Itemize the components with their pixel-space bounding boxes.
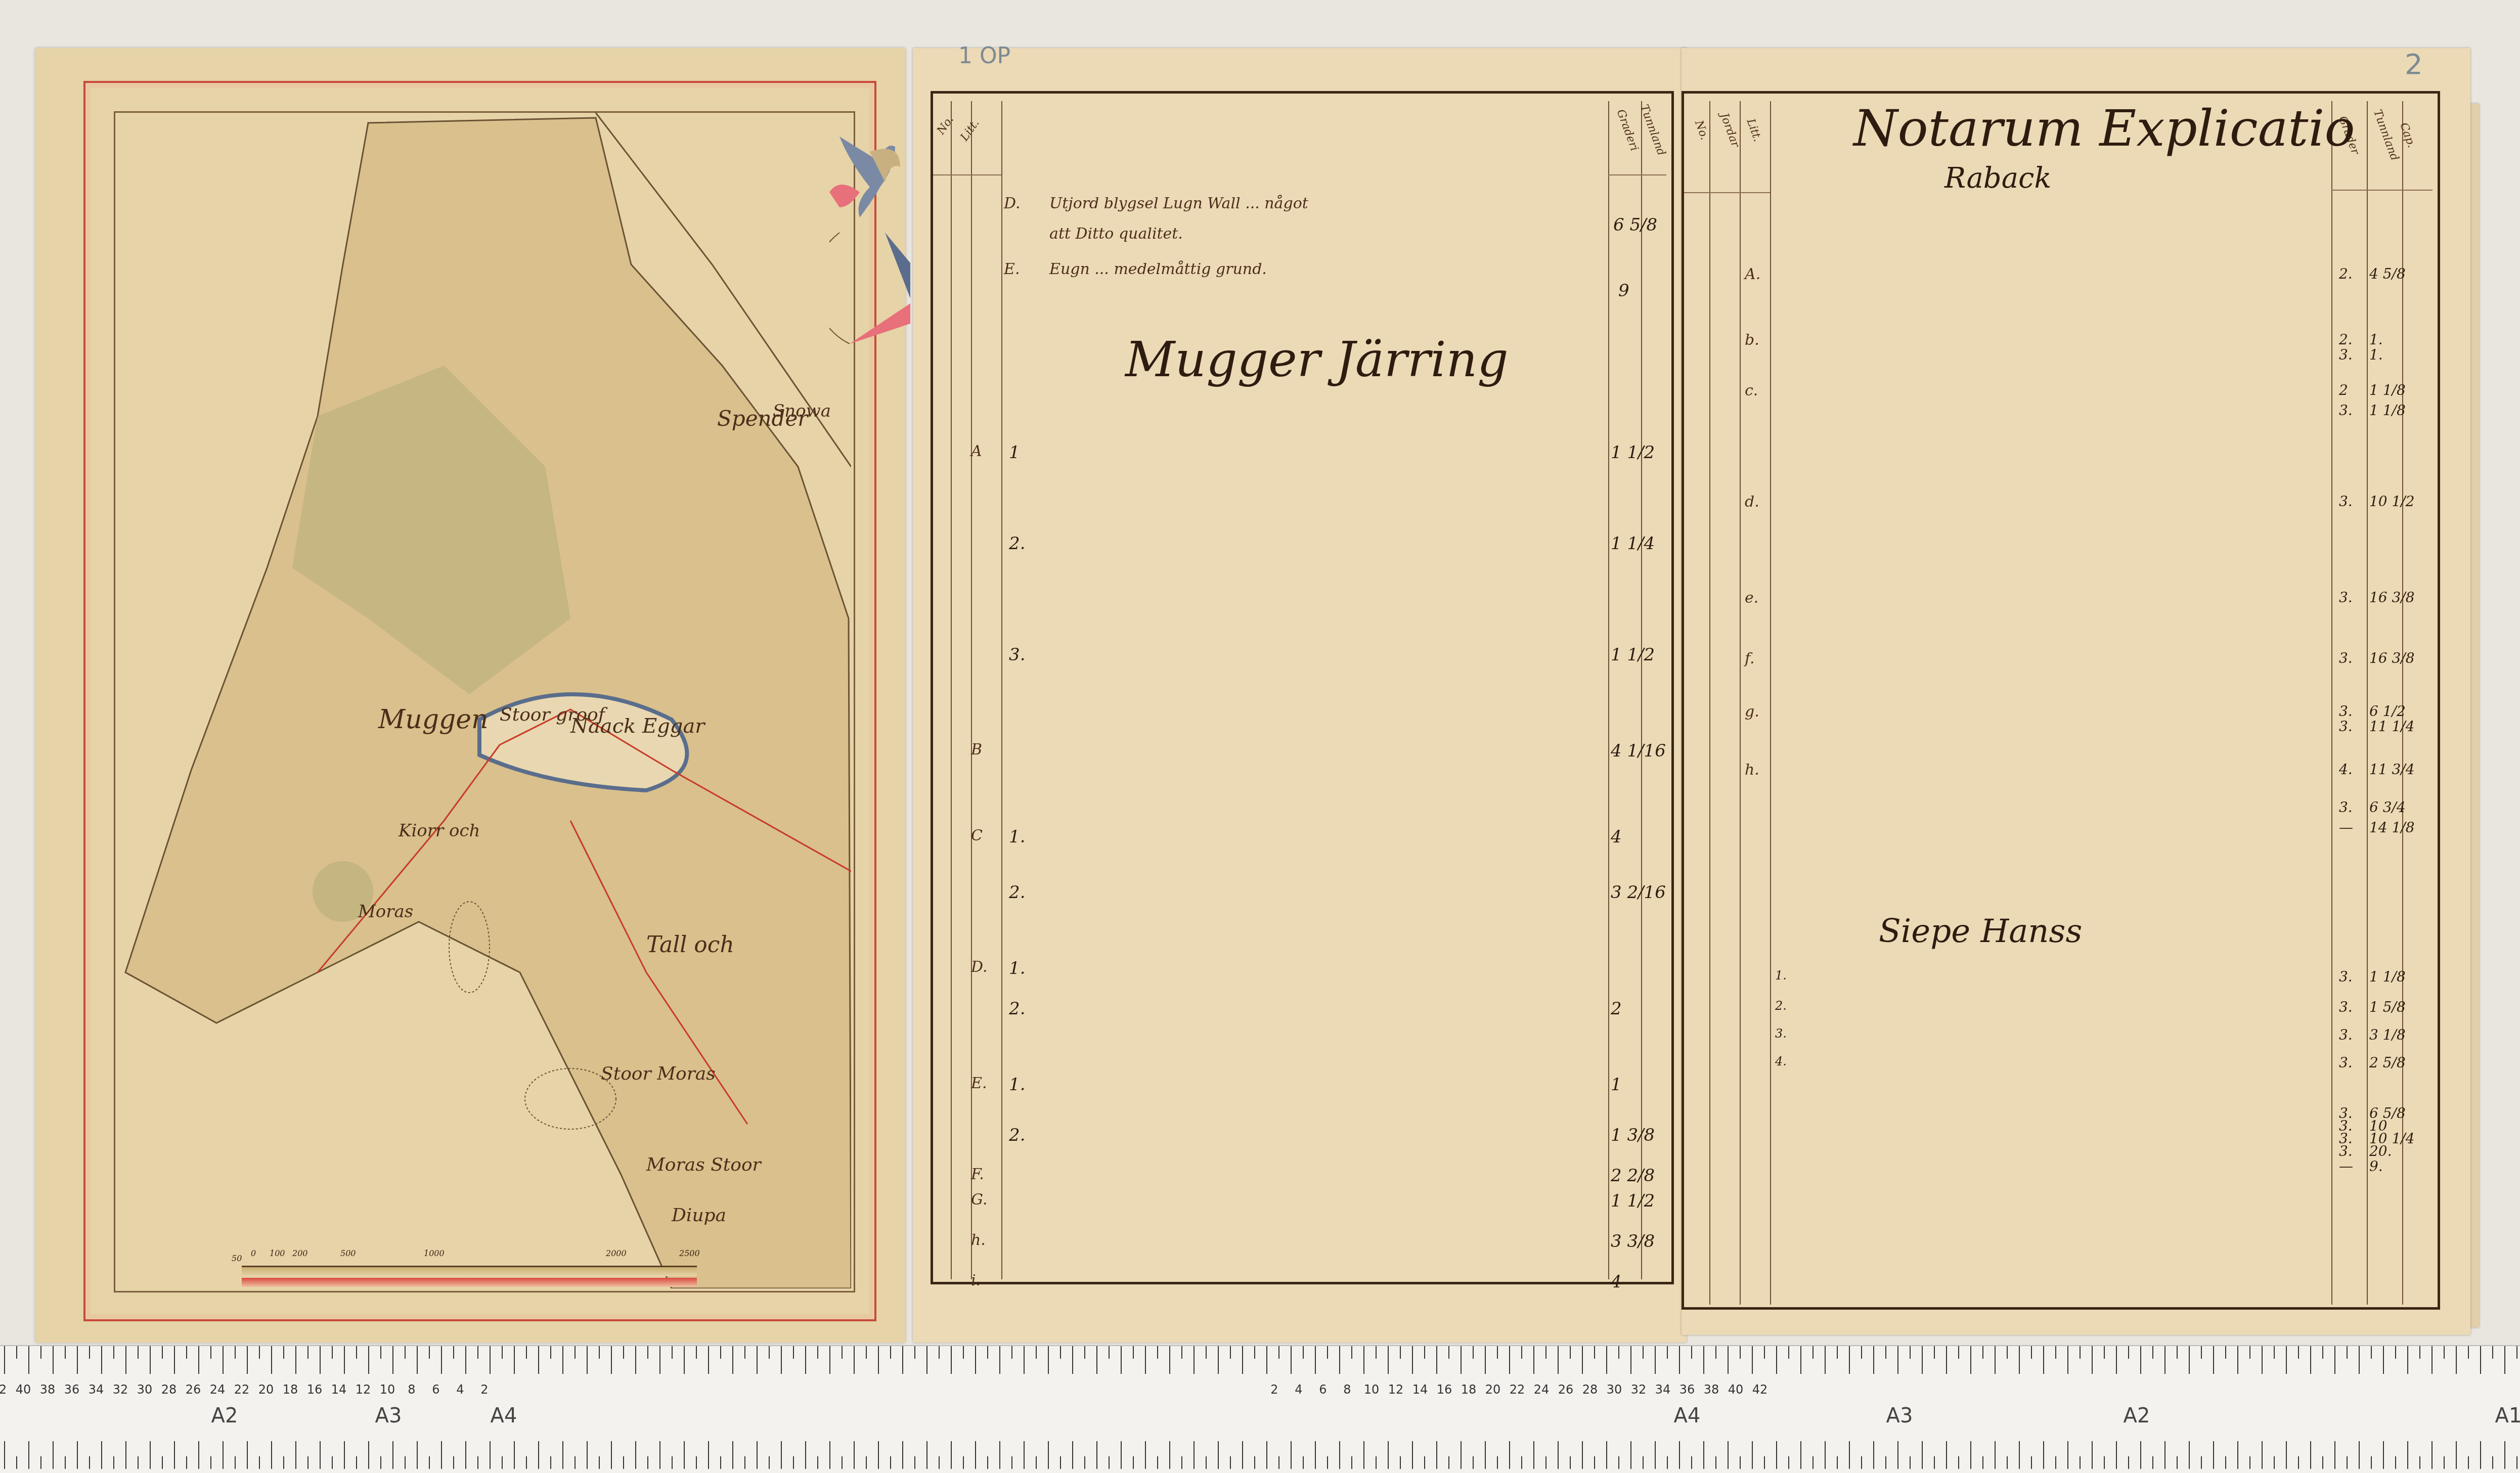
- ruler-tick: [368, 1441, 369, 1469]
- measuring-ruler: 4240383634323028262422201816141210864224…: [0, 1345, 2520, 1473]
- row-value: 1.: [2369, 331, 2383, 348]
- entry-letter: i.: [971, 1272, 981, 1289]
- ruler-tick: [2383, 1346, 2384, 1374]
- ruler-tick: [1376, 1456, 1377, 1469]
- ruler-tick: [672, 1346, 673, 1359]
- scale-tick: 50: [232, 1254, 242, 1263]
- ruler-tick: [914, 1456, 915, 1469]
- ruler-tick: [429, 1346, 430, 1359]
- ruler-tick: [295, 1441, 296, 1469]
- ruler-tick: [2419, 1346, 2420, 1359]
- ruler-number: 2: [480, 1382, 488, 1397]
- ruler-tick: [1242, 1346, 1243, 1374]
- ruler-tick: [2395, 1346, 2396, 1359]
- ruler-tick: [1679, 1346, 1680, 1374]
- row-value: 6 3/4: [2369, 799, 2406, 816]
- ruler-tick: [1812, 1346, 1814, 1359]
- ruler-tick: [1861, 1456, 1862, 1469]
- ruler-tick: [247, 1441, 248, 1469]
- ruler-tick: [2152, 1346, 2153, 1359]
- ruler-tick: [1206, 1456, 1207, 1469]
- entry-letter: h.: [971, 1231, 986, 1249]
- scale-tick: 100: [270, 1248, 285, 1258]
- ruler-tick: [1800, 1441, 1801, 1469]
- ruler-tick: [987, 1346, 988, 1359]
- entry-value: 1: [1611, 1075, 1622, 1095]
- ruler-tick: [1643, 1456, 1644, 1469]
- ruler-tick: [1703, 1441, 1704, 1469]
- ruler-tick: [1946, 1346, 1947, 1374]
- row-value: 1 1/8: [2369, 382, 2406, 398]
- ruler-tick: [2468, 1456, 2469, 1469]
- ruler-tick: [101, 1346, 102, 1374]
- ruler-number: 22: [1510, 1382, 1525, 1397]
- ruler-tick: [2080, 1346, 2081, 1359]
- row-value: 3 1/8: [2369, 1026, 2406, 1043]
- ruler-number: 6: [432, 1382, 439, 1397]
- ruler-tick: [1169, 1441, 1170, 1469]
- ruler-tick: [16, 1346, 17, 1359]
- ruler-tick: [1230, 1456, 1231, 1469]
- ruler-tick: [1193, 1346, 1195, 1374]
- ruler-tick: [1764, 1346, 1765, 1359]
- row-value: 1 5/8: [2369, 999, 2406, 1015]
- ruler-tick: [1084, 1456, 1085, 1469]
- ruler-tick: [1970, 1346, 1971, 1374]
- ruler-tick: [2031, 1346, 2032, 1359]
- ruler-tick: [1024, 1346, 1025, 1374]
- ruler-tick: [599, 1346, 600, 1359]
- ruler-number: 8: [1343, 1382, 1351, 1397]
- ruler-tick: [2092, 1346, 2093, 1374]
- row-value: 9.: [2369, 1158, 2383, 1175]
- ruler-tick: [963, 1346, 964, 1359]
- ruler-tick: [1424, 1456, 1425, 1469]
- ruler-number: 24: [1534, 1382, 1550, 1397]
- ruler-tick: [1278, 1456, 1279, 1469]
- entry-value: 9: [1618, 281, 1629, 301]
- ruler-tick: [1643, 1346, 1644, 1359]
- ruler-tick: [1934, 1346, 1935, 1359]
- ruler-tick: [307, 1456, 308, 1469]
- ruler-number: 18: [1461, 1382, 1477, 1397]
- ruler-tick: [999, 1441, 1000, 1469]
- ruler-tick: [1363, 1346, 1364, 1374]
- ruler-tick: [1448, 1456, 1449, 1469]
- ruler-tick: [2444, 1346, 2445, 1359]
- ruler-tick: [708, 1441, 709, 1469]
- ruler-tick: [28, 1441, 29, 1469]
- ruler-tick: [1728, 1346, 1729, 1374]
- ruler-tick: [1885, 1456, 1886, 1469]
- ruler-tick: [40, 1346, 41, 1359]
- row-grade: —: [2339, 819, 2353, 836]
- ruler-number: 10: [380, 1382, 395, 1397]
- map-label-stoor-groof: Stoor groof: [500, 704, 605, 725]
- row-letter: e.: [1745, 589, 1758, 607]
- ruler-number: 32: [113, 1382, 128, 1397]
- ruler-number: 34: [1655, 1382, 1671, 1397]
- ruler-tick: [417, 1346, 418, 1374]
- ruler-tick: [1109, 1456, 1110, 1469]
- ruler-tick: [453, 1456, 454, 1469]
- ruler-tick: [465, 1441, 466, 1469]
- ruler-tick: [744, 1456, 745, 1469]
- ruler-number: 4: [456, 1382, 464, 1397]
- entry-value: 2: [1611, 999, 1622, 1019]
- page-subtitle: Raback: [1944, 162, 2051, 195]
- paper-size-label: A3: [375, 1404, 402, 1427]
- ruler-tick: [842, 1456, 843, 1469]
- ruler-tick: [878, 1346, 879, 1374]
- ruler-number: 40: [16, 1382, 31, 1397]
- ruler-tick: [392, 1441, 393, 1469]
- ruler-tick: [1181, 1346, 1182, 1359]
- compass-rose-icon: [829, 131, 910, 346]
- entry-no: 2.: [1009, 999, 1025, 1019]
- row-grade: 3.: [2339, 650, 2353, 666]
- ruler-tick: [1995, 1346, 1996, 1374]
- ruler-tick: [1618, 1346, 1619, 1359]
- ruler-tick: [1303, 1346, 1304, 1359]
- archive-mark: 2: [2405, 48, 2423, 81]
- row-letter: c.: [1745, 382, 1758, 399]
- ruler-tick: [1084, 1346, 1085, 1359]
- ruler-tick: [939, 1346, 940, 1359]
- map-terrain-icon: [115, 113, 851, 1288]
- ruler-tick: [198, 1346, 199, 1374]
- row-letter: b.: [1745, 331, 1759, 349]
- section2-title: Siepe Hanss: [1879, 913, 2082, 950]
- ruler-number: 20: [258, 1382, 274, 1397]
- row-grade: 3.: [2339, 493, 2353, 510]
- row-grade: 4.: [2339, 761, 2353, 778]
- entry-no: 1.: [1009, 827, 1025, 847]
- ruler-tick: [1048, 1346, 1049, 1374]
- ruler-tick: [1837, 1456, 1838, 1469]
- ruler-tick: [975, 1346, 976, 1374]
- row-grade: 2: [2339, 382, 2348, 398]
- ruler-tick: [866, 1346, 867, 1359]
- ruler-tick: [2359, 1441, 2360, 1469]
- ruler-tick: [1509, 1441, 1510, 1469]
- row-no: 2.: [1775, 999, 1787, 1013]
- ruler-tick: [502, 1346, 503, 1359]
- ruler-tick: [744, 1346, 745, 1359]
- ruler-tick: [926, 1346, 927, 1374]
- ruler-tick: [2007, 1346, 2008, 1359]
- paper-size-label: A2: [2124, 1404, 2150, 1427]
- ruler-tick: [2359, 1346, 2360, 1374]
- ruler-tick: [1206, 1346, 1207, 1359]
- ruler-number: 32: [1631, 1382, 1647, 1397]
- entry-letter: D.: [1004, 195, 1021, 212]
- entry-value: 1 1/2: [1611, 645, 1655, 665]
- ruler-tick: [1436, 1346, 1437, 1374]
- entry-letter: F.: [971, 1166, 984, 1183]
- ruler-tick: [1582, 1346, 1583, 1374]
- row-value: 16 3/8: [2369, 650, 2415, 666]
- ruler-tick: [2286, 1441, 2287, 1469]
- entry-value: 2 2/8: [1611, 1166, 1655, 1186]
- ruler-tick: [659, 1346, 660, 1374]
- ruler-tick: [1837, 1346, 1838, 1359]
- ruler-tick: [1048, 1441, 1049, 1469]
- ruler-tick: [2201, 1346, 2202, 1359]
- ruler-tick: [902, 1346, 903, 1374]
- ruler-tick: [1521, 1346, 1522, 1359]
- map-label-tall-och: Tall och: [646, 932, 734, 958]
- ruler-tick: [2019, 1441, 2020, 1469]
- ruler-tick: [271, 1346, 272, 1374]
- ledger-page-right: 2 No. Jordar Litt. Grader Tunnland Cap. …: [1682, 48, 2470, 1335]
- ruler-number: 6: [1319, 1382, 1327, 1397]
- ruler-tick: [1558, 1441, 1559, 1469]
- ruler-tick: [793, 1346, 794, 1359]
- ruler-tick: [138, 1456, 139, 1469]
- ruler-tick: [1485, 1346, 1486, 1374]
- ruler-tick: [1691, 1346, 1692, 1359]
- ruler-tick: [2334, 1346, 2335, 1374]
- ruler-number: 30: [1607, 1382, 1622, 1397]
- ruler-tick: [2055, 1456, 2056, 1469]
- row-grade: 2.: [2339, 331, 2353, 348]
- entry-text: Eugn ... medelmåttig grund.: [1049, 260, 1267, 278]
- ruler-number: 12: [1388, 1382, 1404, 1397]
- ruler-tick: [1339, 1346, 1340, 1374]
- row-value: 1 1/8: [2369, 402, 2406, 419]
- ruler-tick: [174, 1346, 175, 1374]
- ruler-tick: [1060, 1456, 1061, 1469]
- ruler-tick: [793, 1456, 794, 1469]
- ruler-tick: [2262, 1441, 2263, 1469]
- ruler-tick: [2274, 1346, 2275, 1359]
- ruler-tick: [1461, 1441, 1462, 1469]
- ruler-number: 14: [1412, 1382, 1428, 1397]
- ruler-tick: [1011, 1346, 1012, 1359]
- ruler-tick: [1121, 1346, 1122, 1374]
- ruler-tick: [890, 1346, 891, 1359]
- paper-size-label: A3: [1886, 1404, 1913, 1427]
- ruler-number: 38: [40, 1382, 56, 1397]
- row-value: 20.: [2369, 1143, 2392, 1159]
- ruler-tick: [1327, 1456, 1328, 1469]
- paper-size-label: A4: [491, 1404, 517, 1427]
- ruler-tick: [295, 1346, 296, 1374]
- ruler-tick: [1630, 1346, 1631, 1374]
- ruler-tick: [1218, 1346, 1219, 1374]
- ruler-tick: [2237, 1441, 2238, 1469]
- row-no: 3.: [1775, 1026, 1787, 1041]
- row-letter: h.: [1745, 761, 1759, 779]
- ruler-tick: [1703, 1346, 1704, 1374]
- ruler-number: 28: [161, 1382, 177, 1397]
- ruler-tick: [2104, 1346, 2105, 1359]
- ruler-tick: [1278, 1346, 1279, 1359]
- ruler-tick: [2516, 1456, 2517, 1469]
- ruler-tick: [1849, 1346, 1850, 1374]
- entry-no: 1.: [1009, 1075, 1025, 1095]
- entry-letter: C: [971, 827, 983, 844]
- ruler-tick: [2407, 1346, 2408, 1374]
- ruler-tick: [1606, 1346, 1607, 1374]
- ruler-tick: [2177, 1456, 2178, 1469]
- ruler-tick: [429, 1456, 430, 1469]
- ruler-tick: [562, 1346, 563, 1374]
- entry-value: 3 3/8: [1611, 1231, 1655, 1252]
- ruler-tick: [405, 1456, 406, 1469]
- ruler-tick: [1266, 1441, 1267, 1469]
- ruler-number: 20: [1485, 1382, 1501, 1397]
- ruler-tick: [65, 1346, 66, 1359]
- ruler-tick: [40, 1456, 41, 1469]
- ruler-tick: [696, 1456, 697, 1469]
- ruler-tick: [2092, 1441, 2093, 1469]
- ruler-tick: [186, 1346, 187, 1359]
- ruler-number: 28: [1582, 1382, 1598, 1397]
- ruler-tick: [538, 1441, 539, 1469]
- ruler-tick: [1533, 1346, 1534, 1374]
- ruler-tick: [125, 1346, 126, 1374]
- ruler-tick: [2419, 1456, 2420, 1469]
- ruler-tick: [623, 1456, 624, 1469]
- entry-value: 1 1/2: [1611, 442, 1655, 463]
- ruler-tick: [1533, 1441, 1534, 1469]
- ruler-tick: [1036, 1346, 1037, 1359]
- ruler-tick: [490, 1441, 491, 1469]
- ruler-tick: [587, 1441, 588, 1469]
- ruler-tick: [1594, 1456, 1595, 1469]
- ruler-tick: [550, 1346, 551, 1359]
- ruler-tick: [2213, 1441, 2214, 1469]
- ruler-tick: [1218, 1441, 1219, 1469]
- ruler-tick: [587, 1346, 588, 1374]
- entry-letter: D.: [971, 958, 988, 976]
- map-scale-bar: 50 0 100 200 500 1000 2000 2500: [242, 1266, 697, 1288]
- ruler-tick: [2456, 1346, 2457, 1374]
- ruler-tick: [2140, 1346, 2141, 1374]
- row-value: 11 1/4: [2369, 718, 2415, 735]
- ruler-tick: [453, 1346, 454, 1359]
- ruler-tick: [1072, 1346, 1073, 1374]
- ruler-tick: [732, 1441, 733, 1469]
- ruler-tick: [1715, 1346, 1716, 1359]
- ruler-tick: [1788, 1456, 1789, 1469]
- ruler-tick: [732, 1346, 733, 1374]
- ruler-tick: [696, 1346, 697, 1359]
- ruler-tick: [963, 1456, 964, 1469]
- ruler-tick: [2237, 1346, 2238, 1374]
- ruler-tick: [1691, 1456, 1692, 1469]
- ruler-tick: [1121, 1441, 1122, 1469]
- ruler-tick: [259, 1456, 260, 1469]
- ruler-tick: [1970, 1441, 1971, 1469]
- ruler-tick: [356, 1456, 357, 1469]
- ruler-tick: [405, 1346, 406, 1359]
- row-grade: 3.: [2339, 1143, 2353, 1159]
- section-title: Mugger Järring: [1125, 331, 1509, 388]
- ruler-tick: [817, 1456, 818, 1469]
- ruler-tick: [829, 1346, 830, 1374]
- ruler-tick: [720, 1456, 721, 1469]
- ruler-tick: [1436, 1441, 1437, 1469]
- ruler-tick: [999, 1346, 1000, 1374]
- ruler-number: 36: [64, 1382, 80, 1397]
- scale-tick: 2000: [606, 1248, 627, 1258]
- ruler-tick: [2152, 1456, 2153, 1469]
- ruler-tick: [2274, 1456, 2275, 1469]
- ruler-tick: [2164, 1441, 2165, 1469]
- ruler-tick: [2480, 1441, 2481, 1469]
- ruler-tick: [1995, 1441, 1996, 1469]
- ruler-tick: [150, 1346, 151, 1374]
- ruler-tick: [1558, 1346, 1559, 1374]
- ruler-tick: [2504, 1346, 2505, 1374]
- ruler-tick: [1667, 1456, 1668, 1469]
- ruler-number: 24: [210, 1382, 226, 1397]
- ruler-tick: [53, 1441, 54, 1469]
- ruler-tick: [1291, 1346, 1292, 1374]
- ruler-tick: [368, 1346, 369, 1374]
- ruler-number: 16: [1437, 1382, 1452, 1397]
- ruler-tick: [53, 1346, 54, 1374]
- ruler-tick: [514, 1346, 515, 1374]
- ruler-number: 2: [1270, 1382, 1278, 1397]
- ruler-tick: [951, 1346, 952, 1374]
- ruler-tick: [914, 1346, 915, 1359]
- ruler-tick: [1157, 1346, 1158, 1359]
- ruler-tick: [635, 1346, 636, 1374]
- ruler-tick: [1315, 1346, 1316, 1374]
- ruler-tick: [2371, 1456, 2372, 1469]
- ruler-tick: [2116, 1441, 2117, 1469]
- ruler-tick: [1812, 1456, 1814, 1469]
- ruler-tick: [866, 1456, 867, 1469]
- ruler-tick: [2468, 1346, 2469, 1359]
- ruler-tick: [2407, 1441, 2408, 1469]
- ruler-tick: [1922, 1441, 1923, 1469]
- map-label-muggen: Muggen: [378, 704, 489, 735]
- ruler-tick: [1630, 1441, 1631, 1469]
- ruler-tick: [2492, 1456, 2493, 1469]
- ruler-tick: [77, 1346, 78, 1374]
- ruler-tick: [2067, 1441, 2068, 1469]
- ruler-tick: [465, 1346, 466, 1374]
- ruler-tick: [320, 1441, 321, 1469]
- ruler-tick: [878, 1441, 879, 1469]
- map-label-moras-stoor: Moras Stoor: [646, 1154, 761, 1175]
- row-grade: 3.: [2339, 799, 2353, 816]
- map-label-snowa: Snowa: [773, 401, 831, 421]
- ruler-tick: [1679, 1441, 1680, 1469]
- ruler-tick: [1145, 1441, 1146, 1469]
- row-grade: 3.: [2339, 999, 2353, 1015]
- ruler-tick: [77, 1441, 78, 1469]
- ruler-tick: [2322, 1456, 2323, 1469]
- ruler-tick: [89, 1456, 90, 1469]
- ruler-tick: [1776, 1441, 1777, 1469]
- ruler-tick: [854, 1346, 855, 1374]
- entry-value: 1 1/4: [1611, 533, 1655, 554]
- entry-value: 3 2/16: [1611, 882, 1666, 903]
- ruler-tick: [708, 1346, 709, 1374]
- ruler-tick: [1545, 1456, 1546, 1469]
- ruler-tick: [829, 1441, 830, 1469]
- ruler-tick: [1254, 1346, 1255, 1359]
- ruler-tick: [2431, 1346, 2433, 1374]
- ruler-tick: [781, 1346, 782, 1374]
- ruler-tick: [842, 1346, 843, 1359]
